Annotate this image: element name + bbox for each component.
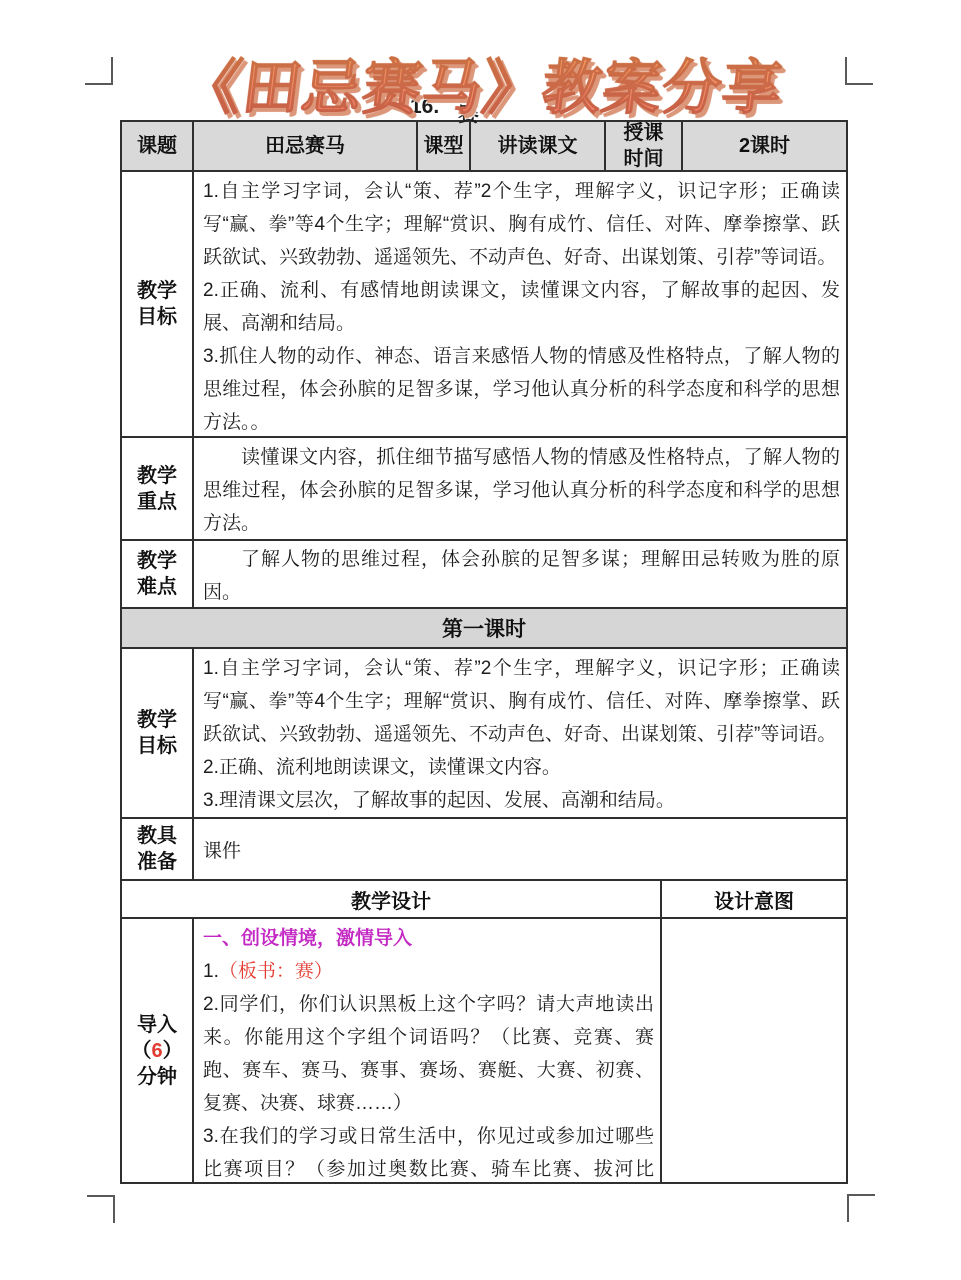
course-type-value: 讲读课文 (469, 122, 604, 170)
goal-item: 1.自主学习字词，会认“策、荐”2个生字，理解字义，识记字形；正确读写“赢、拳”… (203, 652, 840, 751)
table-row-key-point: 教学 重点 读懂课文内容，抓住细节描写感悟人物的情感及性格特点，了解人物的思维过… (122, 436, 846, 539)
table-row-info: 课题 田忌赛马 课型 讲读课文 授课 时间 2课时 (122, 122, 846, 170)
teaching-design-header: 教学设计 (122, 881, 660, 917)
table-row-goals: 教学 目标 1.自主学习字词，会认“策、荐”2个生字，理解字义，识记字形；正确读… (122, 170, 846, 436)
lesson-plan-table: 课题 田忌赛马 课型 讲读课文 授课 时间 2课时 教学 目标 1.自主学习字词… (120, 120, 848, 1184)
course-type-label: 课型 (416, 122, 469, 170)
table-row-session-goals: 教学 目标 1.自主学习字词，会认“策、荐”2个生字，理解字义，识记字形；正确读… (122, 647, 846, 817)
crop-mark-bottom-right (847, 1194, 875, 1222)
key-point-content: 读懂课文内容，抓住细节描写感悟人物的情感及性格特点，了解人物的思维过程，体会孙膑… (192, 438, 846, 539)
intro-item-3: 3.在我们的学习或日常生活中，你见过或参加过哪些比赛项目？（参加过奥数比赛、骑车… (203, 1120, 654, 1182)
intro-content: 一、创设情境，激情导入 1.（板书：赛） 2.同学们，你们认识黑板上这个字吗？请… (192, 919, 660, 1182)
intro-intent-cell-empty (660, 919, 846, 1182)
crop-mark-bottom-left (87, 1195, 115, 1223)
difficulty-content: 了解人物的思维过程，体会孙膑的足智多谋；理解田忌转败为胜的原因。 (192, 541, 846, 607)
goal-item: 2.正确、流利、有感情地朗读课文，读懂课文内容，了解故事的起因、发展、高潮和结局… (203, 274, 840, 340)
intro-item-1: 1.（板书：赛） (203, 955, 654, 988)
crop-mark-top-right (845, 57, 873, 85)
lesson-plan-page: 16. 赛 《田忌赛马》教案分享 课题 田忌赛马 课型 讲读课文 授课 时间 2… (0, 0, 961, 1280)
intro-label: 导入 （6） 分钟 (122, 919, 192, 1182)
table-row-preparation: 教具 准备 课件 (122, 817, 846, 879)
topic-label: 课题 (122, 122, 192, 170)
goals-label: 教学 目标 (122, 172, 192, 436)
board-writing-note: （板书：赛） (219, 961, 333, 982)
goal-item: 1.自主学习字词，会认“策、荐”2个生字，理解字义，识记字形；正确读写“赢、拳”… (203, 175, 840, 274)
intro-item-2: 2.同学们，你们认识黑板上这个字吗？请大声地读出来。你能用这个字组个词语吗？（比… (203, 988, 654, 1120)
preparation-value: 课件 (192, 819, 846, 879)
page-title: 《田忌赛马》教案分享 (178, 40, 788, 125)
goal-item: 3.抓住人物的动作、神态、语言来感悟人物的情感及性格特点，了解人物的思维过程，体… (203, 340, 840, 436)
goal-item: 2.正确、流利地朗读课文，读懂课文内容。 (203, 751, 840, 784)
goal-item: 3.理清课文层次，了解故事的起因、发展、高潮和结局。 (203, 784, 840, 817)
crop-mark-top-left (85, 57, 113, 85)
session-goals-content: 1.自主学习字词，会认“策、荐”2个生字，理解字义，识记字形；正确读写“赢、拳”… (192, 649, 846, 817)
key-point-label: 教学 重点 (122, 438, 192, 539)
session-header: 第一课时 (122, 609, 846, 647)
class-time-label: 授课 时间 (604, 122, 681, 170)
table-row-session: 第一课时 (122, 607, 846, 647)
table-row-design-headers: 教学设计 设计意图 (122, 879, 846, 917)
table-row-difficulty: 教学 难点 了解人物的思维过程，体会孙膑的足智多谋；理解田忌转败为胜的原因。 (122, 539, 846, 607)
session-goals-label: 教学 目标 (122, 649, 192, 817)
topic-value: 田忌赛马 (192, 122, 416, 170)
table-row-intro: 导入 （6） 分钟 一、创设情境，激情导入 1.（板书：赛） 2.同学们，你们认… (122, 917, 846, 1182)
preparation-label: 教具 准备 (122, 819, 192, 879)
class-time-value: 2课时 (681, 122, 846, 170)
goals-content: 1.自主学习字词，会认“策、荐”2个生字，理解字义，识记字形；正确读写“赢、拳”… (192, 172, 846, 436)
intro-heading: 一、创设情境，激情导入 (203, 922, 654, 955)
design-intent-header: 设计意图 (660, 881, 846, 917)
difficulty-label: 教学 难点 (122, 541, 192, 607)
intro-minutes: 6 (151, 1040, 162, 1062)
